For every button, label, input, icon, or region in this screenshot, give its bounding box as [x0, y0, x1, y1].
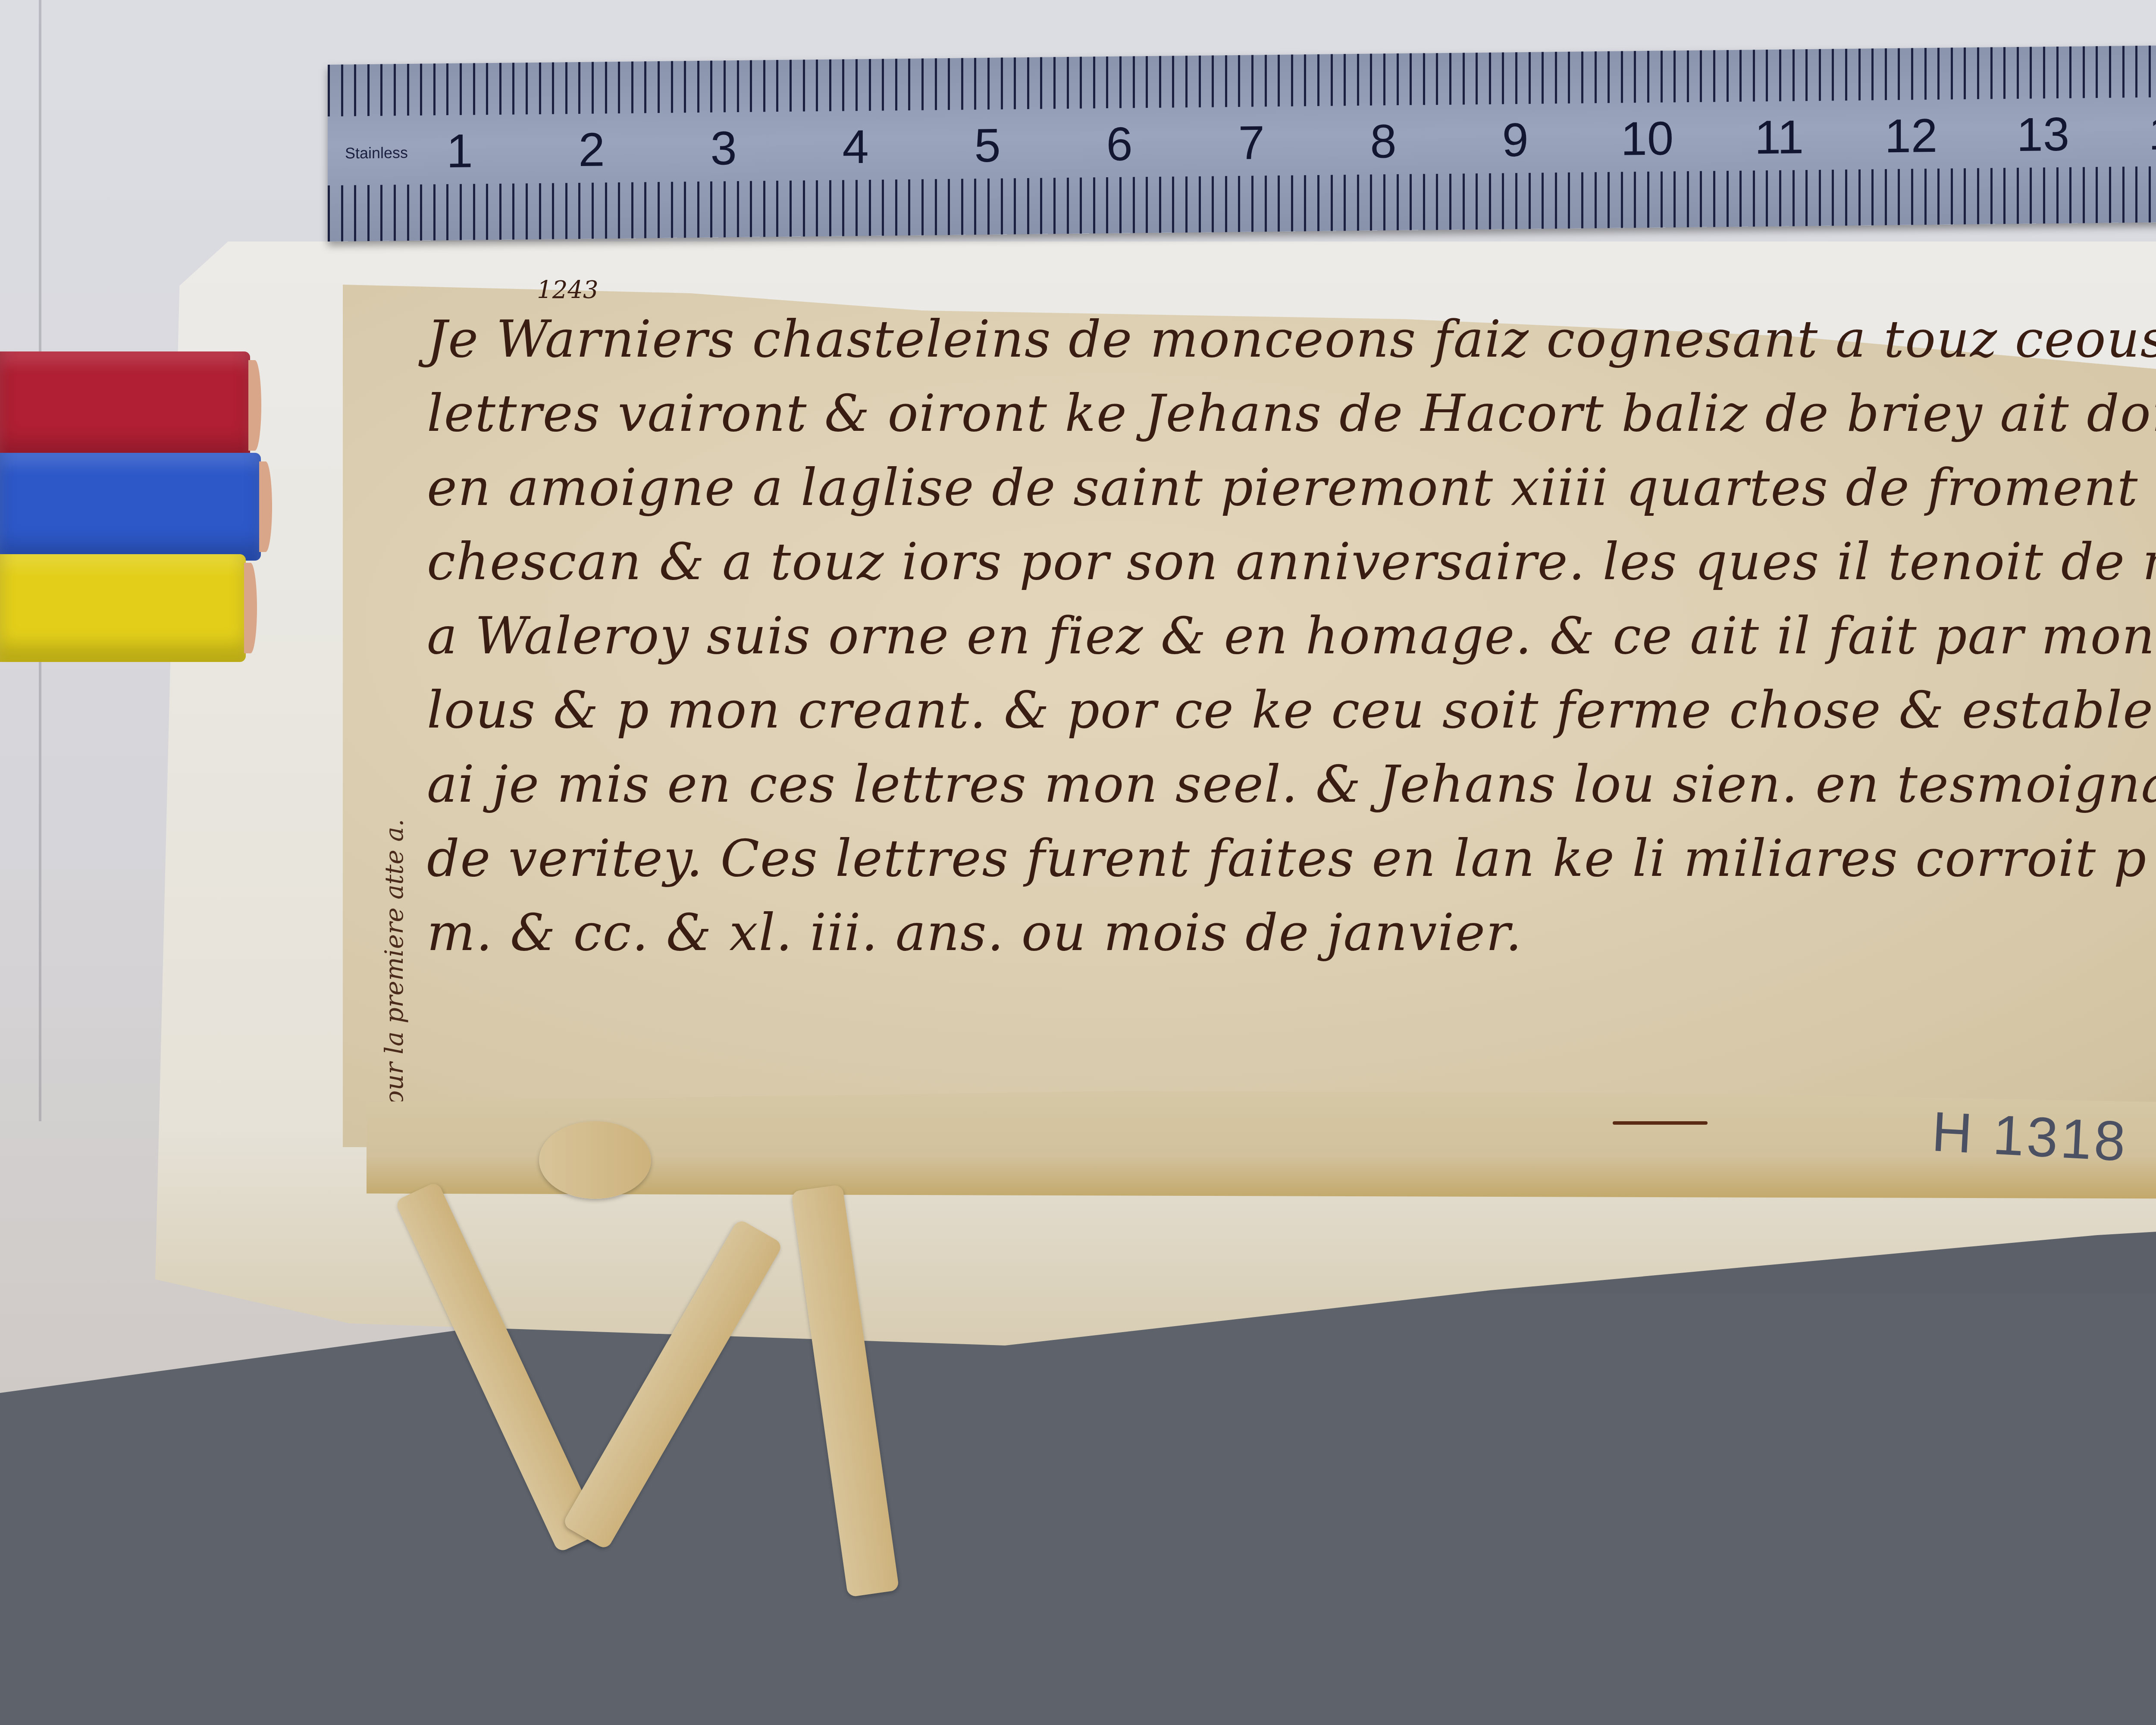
ruler-label: 12 [1885, 108, 1937, 163]
charter-line: en amoigne a laglise de saint pieremont … [427, 450, 2156, 524]
charter-line: a Waleroy suis orne en fiez & en homage.… [427, 599, 2156, 673]
ruler-label: 1 [446, 123, 473, 179]
charter-line: de veritey. Ces lettres furent faites en… [427, 821, 2156, 895]
charter-line: m. & cc. & xl. iii. ans. ou mois de janv… [427, 895, 2156, 969]
ruler-label: 2 [578, 122, 605, 177]
horizontal-ruler: Stainless 1 2 3 4 5 6 7 8 9 10 11 12 13 … [328, 41, 2156, 241]
ruler-label: 6 [1106, 116, 1132, 172]
grey-background-board [0, 1294, 2156, 1725]
charter-line: ai je mis en ces lettres mon seel. & Jeh… [427, 747, 2156, 821]
ruler-label: 7 [1238, 115, 1264, 170]
charter-text: Je Warniers chasteleins de monceons faiz… [427, 302, 2156, 969]
charter-line: chescan & a touz iors por son anniversai… [427, 524, 2156, 599]
charter-line: lous & p mon creant. & por ce ke ceu soi… [427, 673, 2156, 747]
ruler-brand-label: Stainless [345, 144, 408, 163]
ruler-label: 10 [1621, 111, 1673, 166]
ruler-label: 9 [1502, 113, 1528, 168]
tie-knot [539, 1121, 651, 1199]
charter-line: lettres vairont & oiront ke Jehans de Ha… [427, 376, 2156, 450]
margin-annotation: Pour la premiere atte a. [379, 819, 409, 1121]
ruler-label: 11 [1755, 110, 1804, 165]
ruler-label: 13 [2017, 107, 2069, 162]
ruler-label: 4 [842, 119, 868, 175]
pencil-tip [244, 563, 257, 653]
red-pencil [0, 351, 250, 459]
blue-pencil [0, 453, 261, 561]
archive-shelfmark: H 1318 [1930, 1099, 2129, 1174]
ruler-label: 14 [2149, 105, 2156, 160]
seal-slit [1613, 1121, 1708, 1125]
ruler-label: 3 [710, 121, 736, 176]
year-annotation: 1243 [537, 276, 599, 304]
pencil-tip [259, 461, 272, 552]
pencil-tip [248, 360, 261, 451]
charter-line: Je Warniers chasteleins de monceons faiz… [427, 302, 2156, 376]
ruler-label: 5 [974, 118, 1000, 173]
yellow-pencil [0, 554, 246, 662]
ruler-label: 8 [1370, 114, 1396, 169]
